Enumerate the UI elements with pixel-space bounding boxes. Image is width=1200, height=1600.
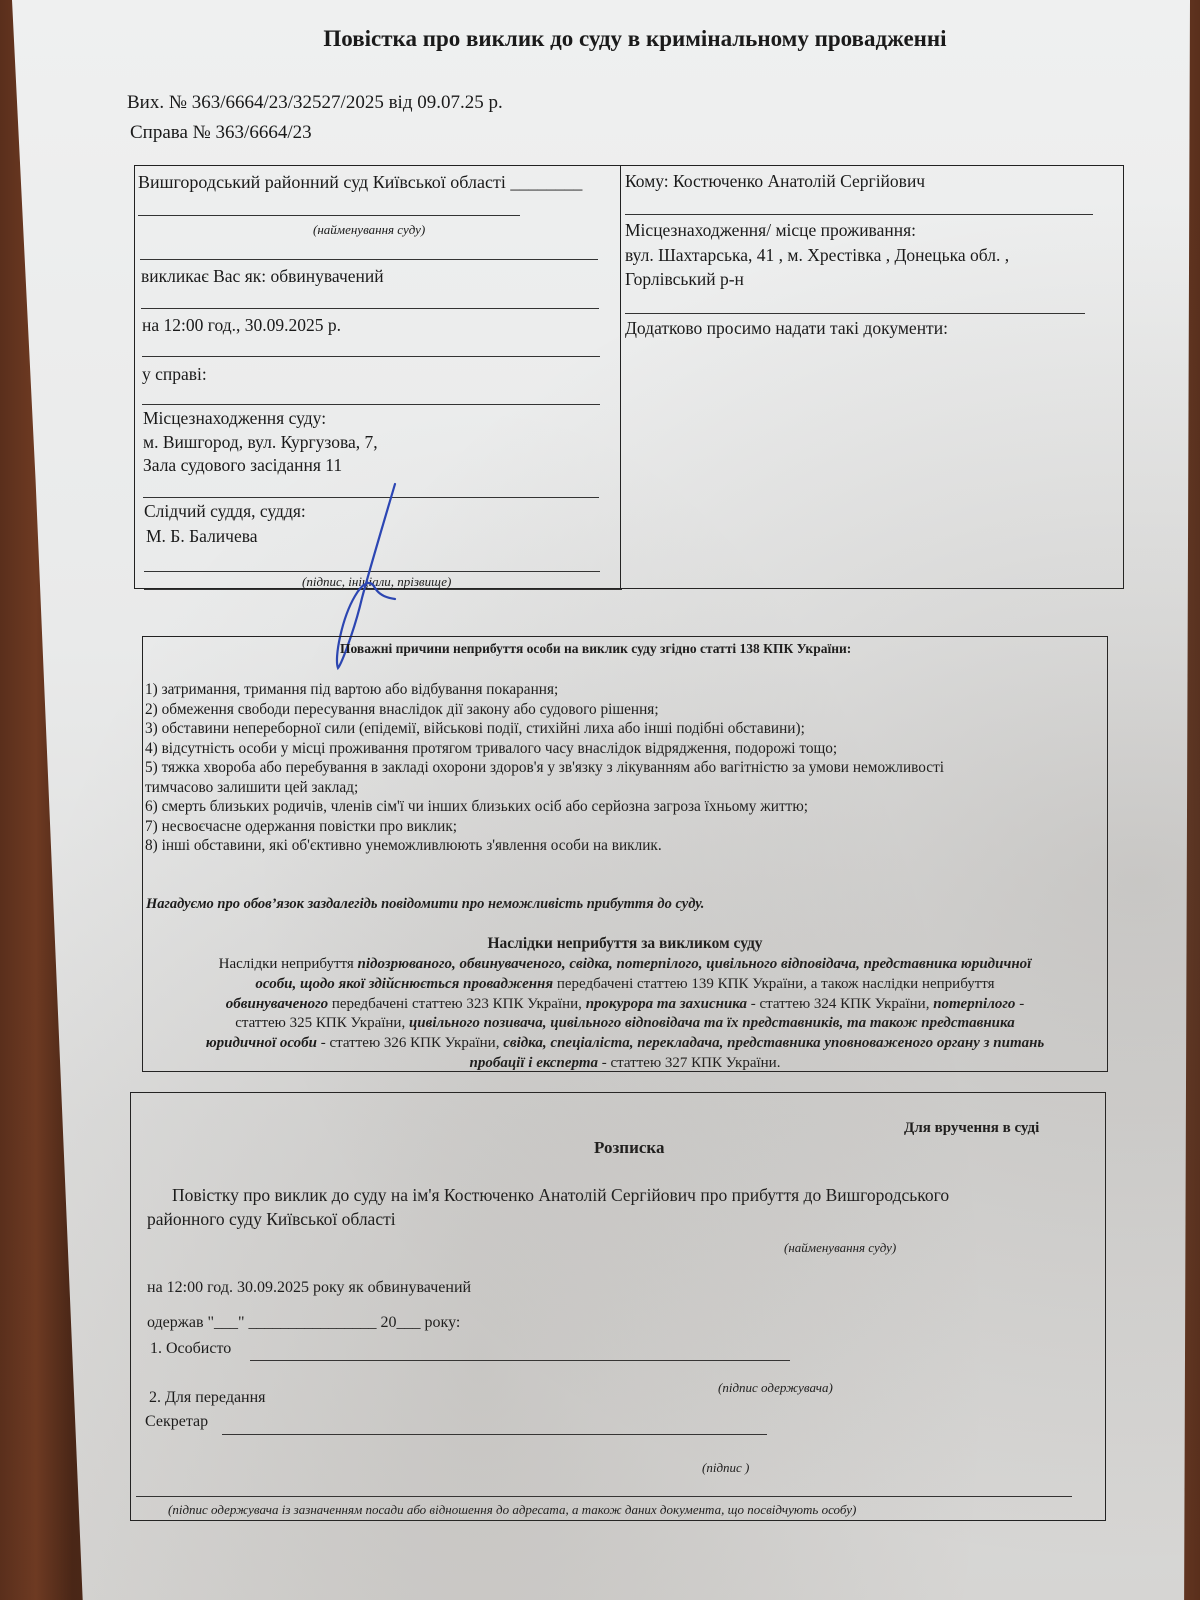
reason-item: 2) обмеження свободи пересування внаслід… — [145, 700, 944, 720]
separator — [625, 313, 1085, 314]
receipt-court-caption: (найменування суду) — [784, 1240, 896, 1256]
consequences-line: особи, щодо якої здійснюється провадженн… — [150, 975, 1100, 995]
court-location-label: Місцезнаходження суду: — [143, 408, 326, 429]
consequences-line: статтею 325 КПК України, цивільного пози… — [150, 1014, 1100, 1034]
consequences-text: Наслідки неприбуття підозрюваного, обвин… — [150, 955, 1100, 1074]
hearing-datetime: на 12:00 год., 30.09.2025 р. — [142, 315, 341, 336]
summons-table-divider — [620, 165, 621, 589]
receipt-text-line1: Повістку про виклик до суду на ім'я Кост… — [172, 1185, 949, 1206]
summoned-as: викликає Вас як: обвинувачений — [141, 266, 384, 287]
reason-item: 1) затримання, тримання під вартою або в… — [145, 680, 944, 700]
personally-signature-line — [250, 1360, 790, 1361]
consequences-line: юридичної особи - статтею 326 КПК Україн… — [150, 1034, 1100, 1054]
secretary-signature-line — [222, 1434, 767, 1435]
court-name-line — [138, 215, 520, 216]
for-court-label: Для вручення в суді — [904, 1120, 1039, 1137]
consequences-line: Наслідки неприбуття підозрюваного, обвин… — [150, 955, 1100, 975]
document-title: Повістка про виклик до суду в кримінальн… — [0, 26, 1200, 52]
residence-label: Місцезнаходження/ місце проживання: — [625, 220, 916, 241]
secretary-label: Секретар — [145, 1413, 208, 1431]
reason-item: 3) обставини непереборної сили (епідемії… — [145, 719, 944, 739]
residence-address: вул. Шахтарська, 41 , м. Хрестівка , Дон… — [625, 245, 1009, 266]
for-transfer-label: 2. Для передання — [149, 1389, 266, 1407]
separator — [625, 214, 1093, 215]
consequences-line: обвинуваченого передбачені статтею 323 К… — [150, 995, 1100, 1015]
courtroom: Зала судового засідання 11 — [143, 455, 342, 476]
outgoing-reference: Вих. № 363/6664/23/32527/2025 від 09.07.… — [127, 92, 503, 114]
reason-item: тимчасово залишити цей заклад; — [145, 778, 944, 798]
personally-label: 1. Особисто — [150, 1340, 231, 1358]
receipt-heading: Розписка — [594, 1138, 664, 1158]
consequences-heading: Наслідки неприбуття за викликом суду — [150, 935, 1100, 953]
judge-label: Слідчий суддя, суддя: — [144, 501, 306, 522]
receipt-datetime-role: на 12:00 год. 30.09.2025 року як обвинув… — [147, 1279, 471, 1297]
separator — [140, 259, 598, 260]
separator — [141, 308, 599, 309]
recipient-name: Кому: Костюченко Анатолій Сергійович — [625, 171, 925, 192]
documents-request: Додатково просимо надати такі документи: — [625, 318, 948, 339]
received-date-field: одержав "___" ________________ 20___ рок… — [147, 1314, 460, 1332]
secretary-signature-caption: (підпис ) — [702, 1460, 749, 1476]
separator — [142, 404, 600, 405]
reason-item: 8) інші обставини, які об'єктивно унемож… — [145, 836, 944, 856]
reminder-text: Нагадуємо про обов’язок заздалегідь пові… — [146, 896, 704, 913]
reason-item: 7) несвоєчасне одержання повістки про ви… — [145, 817, 944, 837]
reason-item: 5) тяжка хвороба або перебування в закла… — [145, 758, 944, 778]
reasons-heading: Поважні причини неприбуття особи на викл… — [340, 641, 851, 657]
case-number: Справа № 363/6664/23 — [130, 122, 312, 144]
reason-item: 4) відсутність особи у місці проживання … — [145, 739, 944, 759]
consequences-line: пробації і експерта - статтею 327 КПК Ук… — [150, 1054, 1100, 1074]
reason-item: 6) смерть близьких родичів, членів сім'ї… — [145, 797, 944, 817]
court-name-caption: (найменування суду) — [313, 222, 425, 238]
separator — [142, 356, 600, 357]
receipt-text-line2: районного суду Київської області — [147, 1209, 396, 1230]
residence-district: Горлівський р-н — [625, 269, 744, 290]
in-case-label: у справі: — [142, 364, 207, 385]
court-name: Вишгородський районний суд Київської обл… — [138, 172, 582, 193]
court-location-address: м. Вишгород, вул. Кургузова, 7, — [143, 432, 378, 453]
footer-signature-line — [136, 1496, 1072, 1497]
footer-caption: (підпис одержувача із зазначенням посади… — [168, 1502, 856, 1518]
reasons-list: 1) затримання, тримання під вартою або в… — [145, 680, 944, 856]
recipient-signature-caption: (підпис одержувача) — [718, 1380, 833, 1396]
judge-name: М. Б. Баличева — [146, 526, 258, 547]
